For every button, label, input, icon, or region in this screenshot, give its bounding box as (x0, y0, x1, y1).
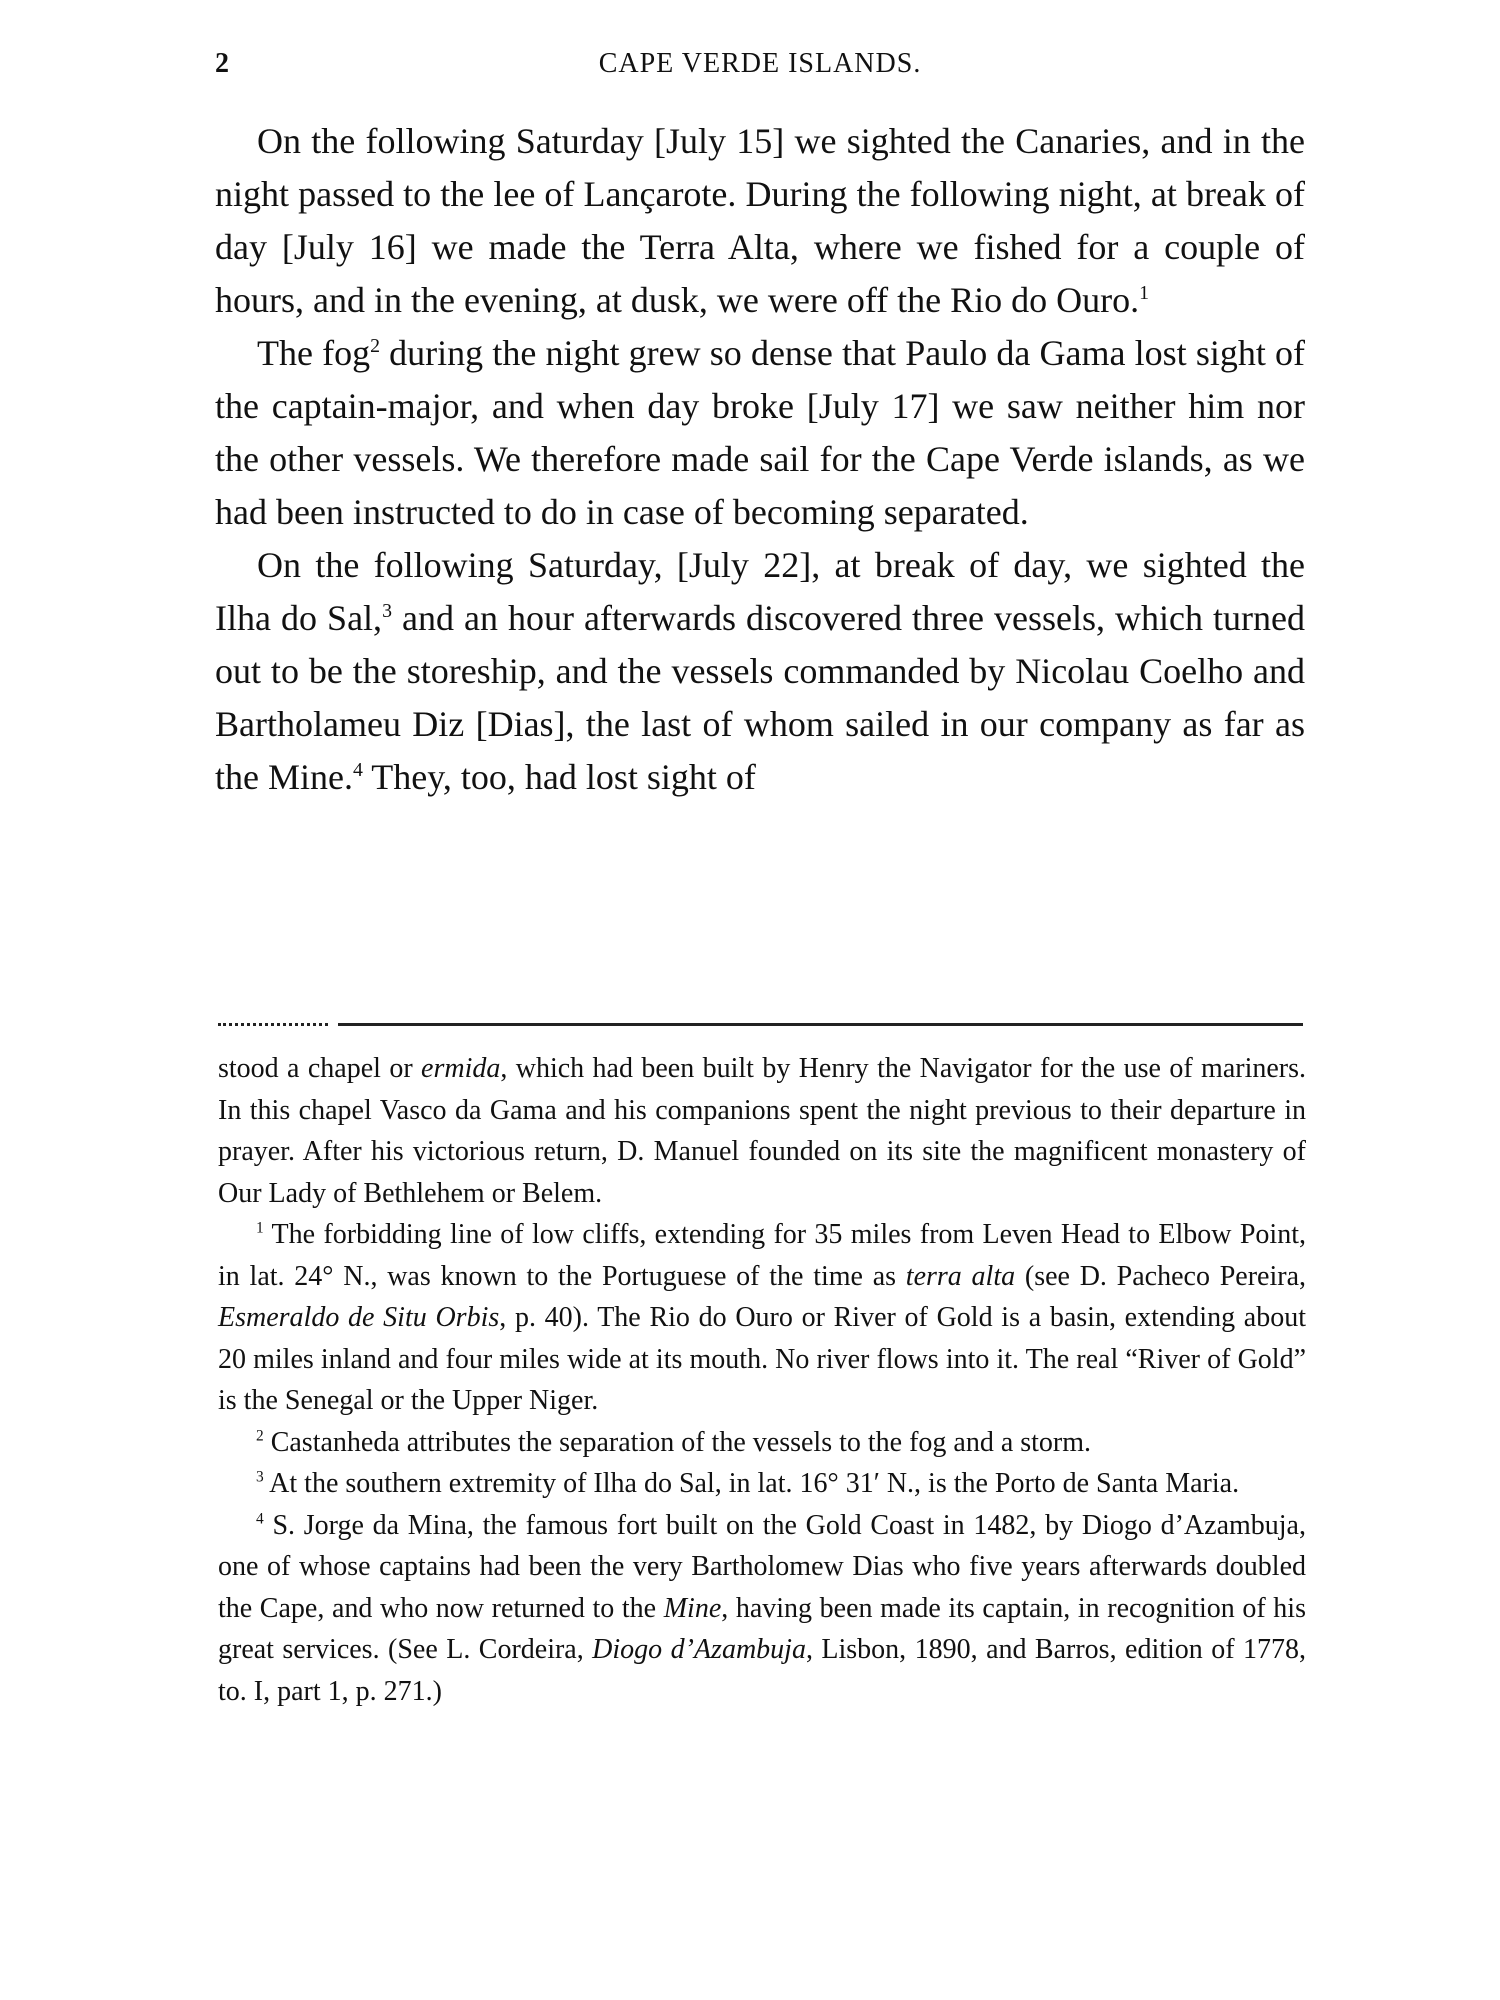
footnote-text: At the southern extremity of Ilha do Sal… (264, 1468, 1239, 1499)
italic-term: terra alta (906, 1261, 1015, 1292)
paragraph: The fog2 during the night grew so dense … (215, 327, 1305, 539)
footnote-ref: 4 (353, 759, 363, 781)
paragraph: On the following Saturday [July 15] we s… (215, 115, 1305, 327)
main-text: On the following Saturday [July 15] we s… (215, 115, 1305, 804)
running-head: CAPE VERDE ISLANDS. (215, 48, 1305, 80)
footnote-continued: stood a chapel or ermida, which had been… (218, 1048, 1306, 1214)
footnote-mark: 3 (256, 1469, 264, 1486)
paragraph-text: The fog (257, 333, 370, 373)
italic-title: Diogo d’Azambuja (592, 1634, 806, 1665)
footnote-ref: 3 (382, 600, 392, 622)
page-header: 2 CAPE VERDE ISLANDS. (215, 48, 1305, 88)
paragraph-text: They, too, had lost sight of (363, 757, 756, 797)
footnote-4: 4 S. Jorge da Mina, the famous fort buil… (218, 1505, 1306, 1713)
separator-line (338, 1023, 1303, 1026)
footnote-mark: 1 (256, 1220, 264, 1237)
footnote-3: 3 At the southern extremity of Ilha do S… (218, 1463, 1306, 1505)
footnote-mark: 4 (256, 1510, 264, 1527)
italic-title: Esmeraldo de Situ Orbis (218, 1302, 499, 1333)
footnote-text: stood a chapel or (218, 1053, 421, 1084)
footnotes: stood a chapel or ermida, which had been… (218, 1048, 1306, 1712)
footnote-2: 2 Castanheda attributes the separation o… (218, 1422, 1306, 1464)
footnote-mark: 2 (256, 1427, 264, 1444)
footnote-text: (see D. Pacheco Pereira, (1015, 1261, 1306, 1292)
italic-term: ermida (421, 1053, 500, 1084)
footnote-separator (218, 1022, 1303, 1026)
paragraph-text: during the night grew so dense that Paul… (215, 333, 1305, 532)
footnote-ref: 1 (1139, 282, 1149, 304)
separator-dots (218, 1023, 328, 1026)
footnote-ref: 2 (370, 335, 380, 357)
footnote-1: 1 The forbidding line of low cliffs, ext… (218, 1214, 1306, 1422)
paragraph: On the following Saturday, [July 22], at… (215, 539, 1305, 804)
italic-term: Mine (664, 1593, 722, 1624)
footnote-text: Castanheda attributes the separation of … (264, 1427, 1091, 1458)
